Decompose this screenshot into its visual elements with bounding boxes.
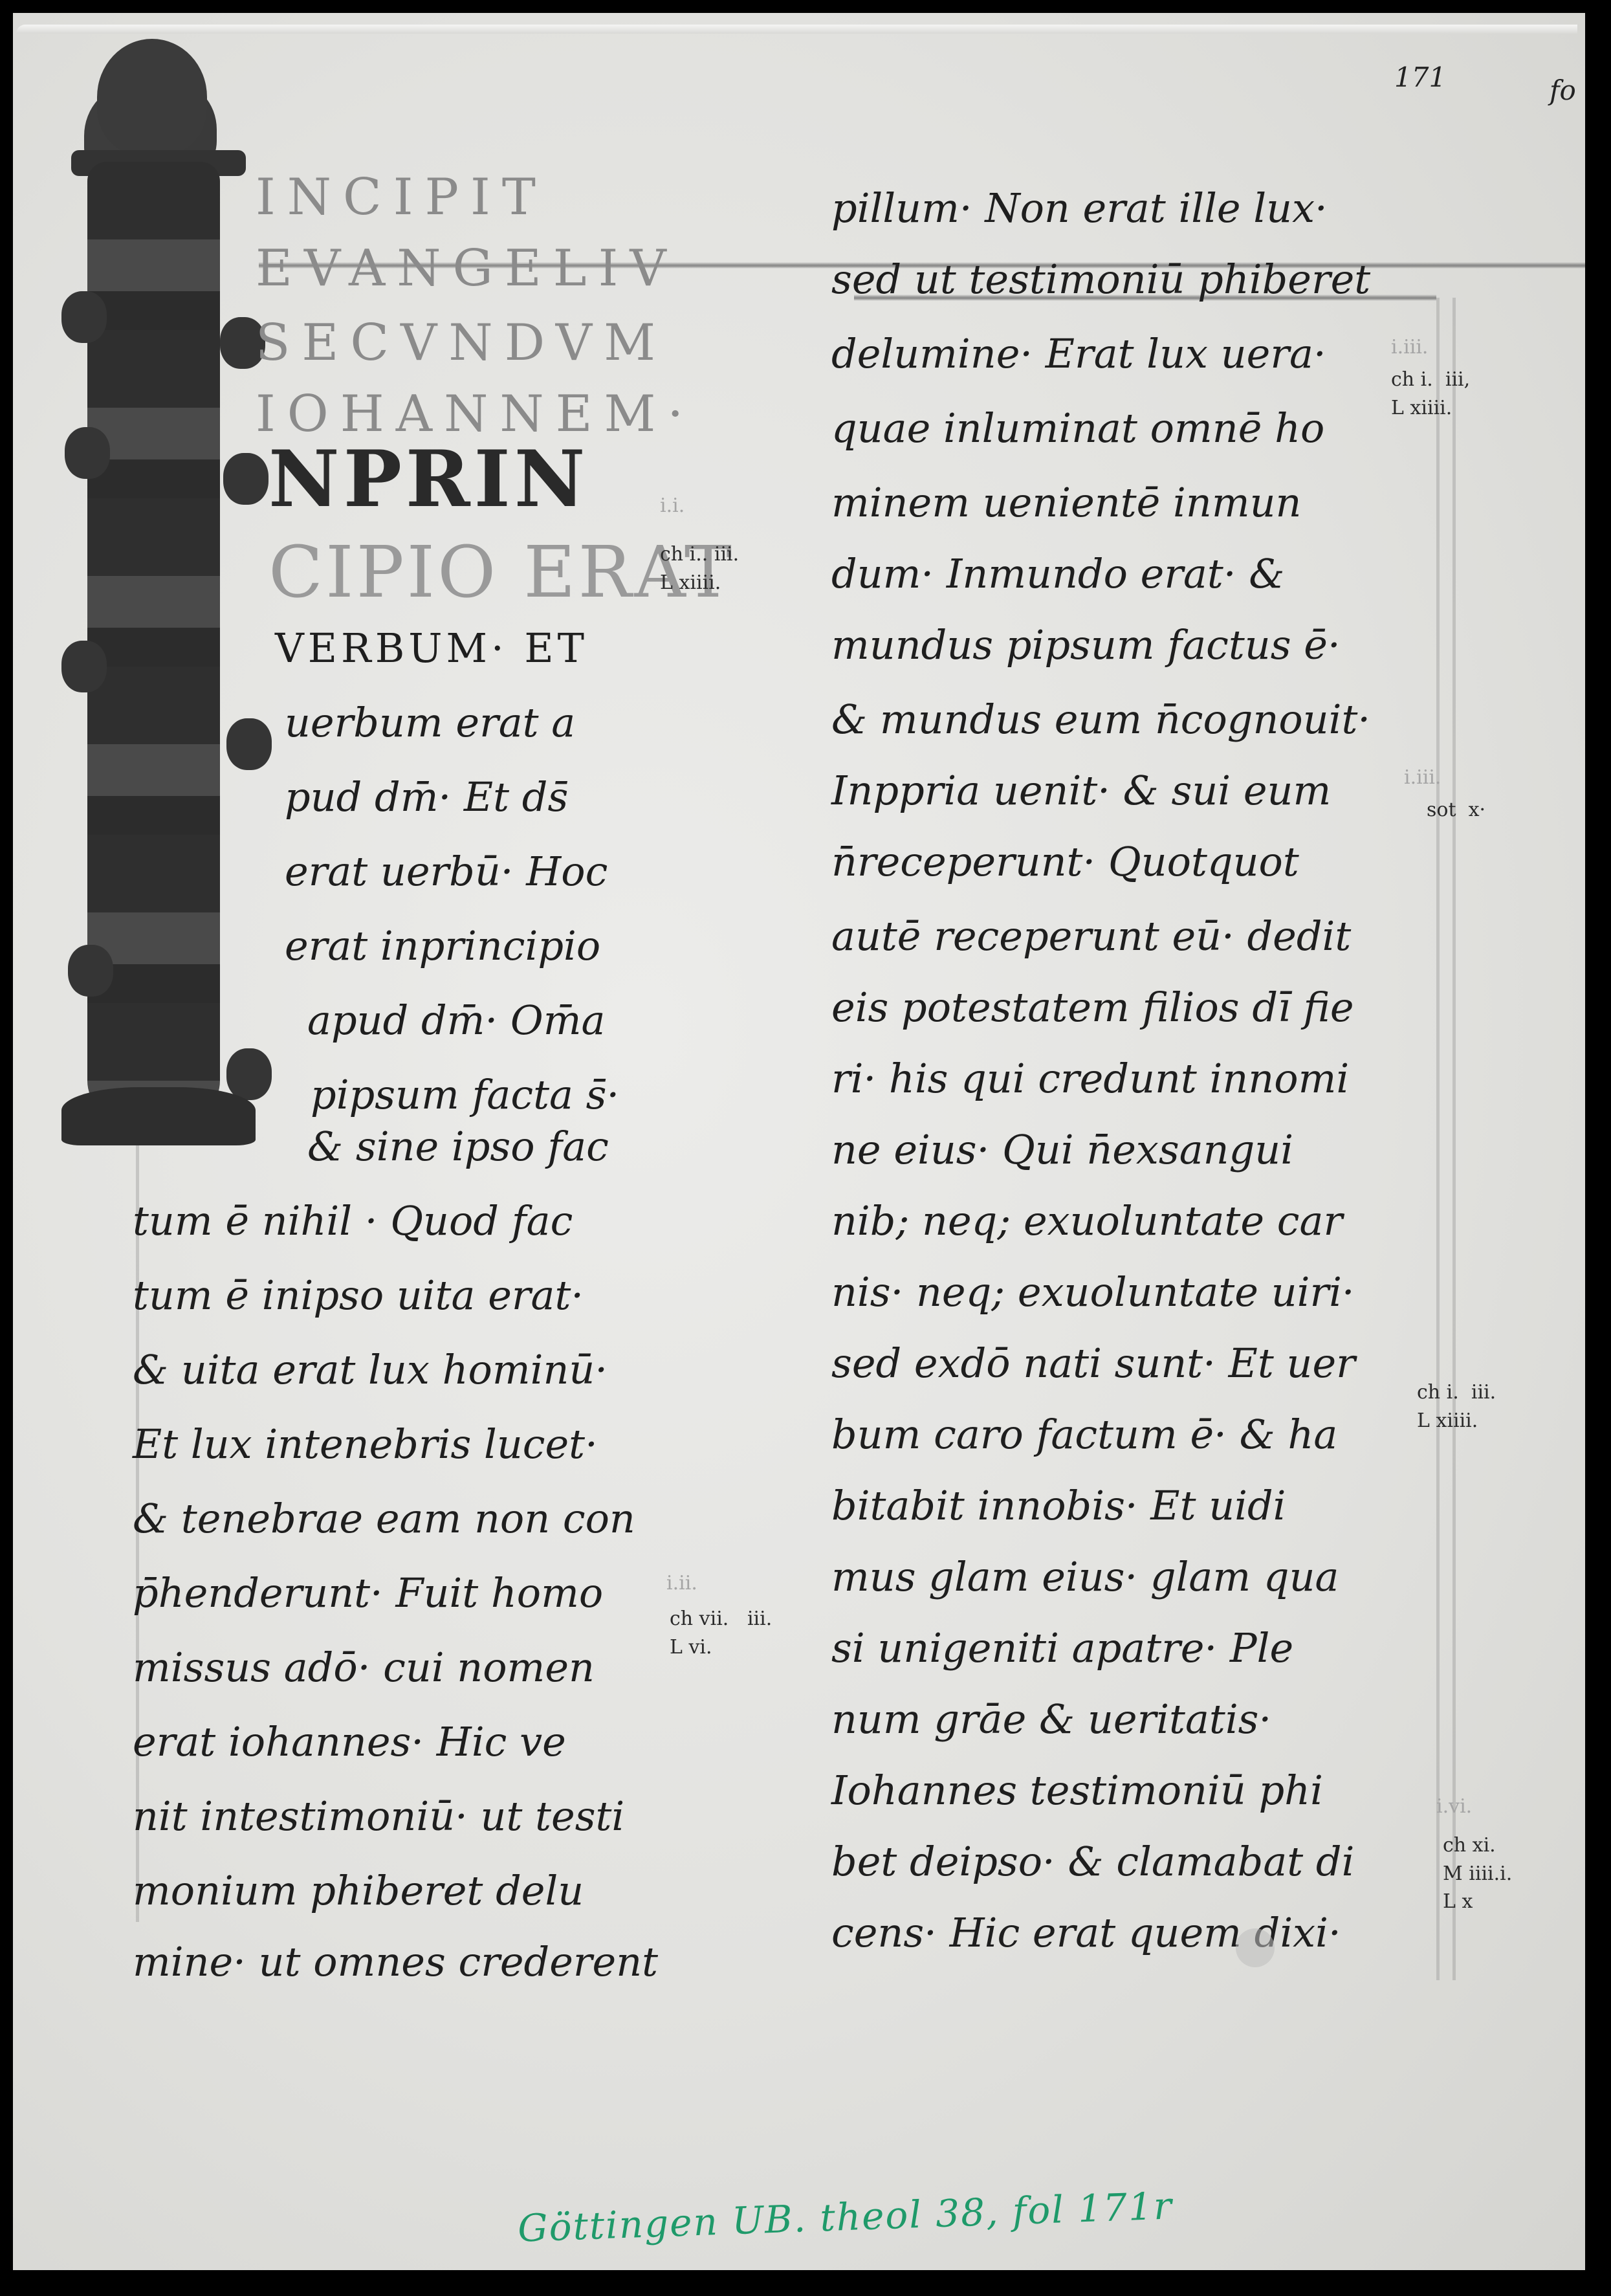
initial-leaf-ornament (226, 1048, 272, 1100)
marginal-gloss: ch i. iii. L xiiii. (1417, 1378, 1496, 1435)
initial-base (61, 1087, 256, 1145)
marginal-gloss: sot x· (1427, 796, 1485, 824)
text-line: erat uerbū· Hoc (285, 848, 608, 895)
text-line: erat inprincipio (285, 922, 600, 969)
initial-leaf-ornament (65, 427, 110, 479)
text-line: nis· neq; exuoluntate uiri· (831, 1268, 1355, 1316)
initial-leaf-ornament (68, 945, 113, 997)
text-line: sed ut testimoniū phiberet (831, 256, 1370, 303)
text-line: VERBUM· ET (275, 624, 588, 672)
text-line: sed exdō nati sunt· Et uer (831, 1340, 1355, 1387)
parchment-stain (1236, 1928, 1275, 1967)
text-line: erat iohannes· Hic ve (133, 1718, 566, 1765)
text-line: si unigeniti apatre· Ple (831, 1624, 1293, 1672)
heading-line: INCIPIT (256, 168, 547, 226)
marginal-gloss: i.iii. (1404, 764, 1441, 792)
text-line: & mundus eum n̄cognouit· (831, 696, 1370, 743)
text-line: minem uenientē inmun (831, 479, 1301, 526)
frame-ruling (1452, 298, 1456, 1980)
marginal-gloss: i.ii. (666, 1569, 697, 1598)
text-line: tum ē inipso uita erat· (133, 1272, 584, 1319)
text-line: tum ē nihil · Quod fac (133, 1197, 573, 1244)
text-line: bitabit innobis· Et uidi (831, 1482, 1286, 1529)
text-line: dum· Inmundo erat· & (831, 550, 1284, 597)
text-line: bet deipso· & clamabat di (831, 1838, 1354, 1885)
marginal-gloss: i.iii. (1391, 333, 1428, 362)
text-line: apud dm̄· Om̄a (307, 997, 605, 1044)
marginal-gloss: i.vi. (1436, 1793, 1472, 1821)
text-line: ri· his qui credunt innomi (831, 1055, 1349, 1102)
initial-leaf-ornament (61, 291, 107, 343)
folio-number: 171 (1394, 61, 1446, 93)
text-line: nit intestimoniū· ut testi (133, 1793, 624, 1840)
initial-leaf-ornament (223, 453, 268, 505)
text-line: & tenebrae eam non con (133, 1495, 635, 1542)
text-line: Inppria uenit· & sui eum (831, 767, 1331, 814)
marginal-gloss: i.i. (660, 492, 685, 520)
heading-line: EVANGELIV (256, 239, 678, 298)
page-top-edge (16, 25, 1577, 34)
text-line: missus adō· cui nomen (133, 1644, 595, 1691)
illuminated-initial-i (71, 39, 265, 1152)
heading-line: SECVNDVM (256, 314, 667, 372)
marginal-gloss: ch i. iii, L xiiii. (1391, 366, 1470, 422)
text-line: delumine· Erat lux uera· (831, 330, 1326, 377)
frame-ruling (1436, 298, 1440, 1980)
marginal-gloss: ch i.. iii. L xiiii. (660, 540, 739, 597)
text-line: p̄henderunt· Fuit homo (133, 1569, 603, 1617)
marginal-gloss: ch vii. iii. L vi. (670, 1605, 772, 1661)
text-line: uerbum erat a (285, 699, 575, 746)
shelfmark-annotation: Göttingen UB. theol 38, fol 171r (517, 2183, 1174, 2250)
text-line: Et lux intenebris lucet· (133, 1420, 598, 1468)
manuscript-page: 171 fo INCIPIT EVANGELIV SECVNDVM IOHANN… (13, 13, 1585, 2270)
text-line: n̄receperunt· Quotquot (831, 838, 1299, 885)
text-line: ne eius· Qui n̄exsangui (831, 1126, 1293, 1173)
text-line: & uita erat lux hominū· (133, 1346, 608, 1393)
text-line: pud dm̄· Et ds̄ (285, 773, 568, 821)
text-line: eis potestatem filios dī fie (831, 984, 1354, 1031)
text-line: pipsum facta s̄· (311, 1071, 619, 1118)
text-line: pillum· Non erat ille lux· (831, 184, 1328, 232)
marginal-gloss: ch xi. M iiii.i. L x (1443, 1831, 1512, 1916)
text-line: num grāe & ueritatis· (831, 1695, 1271, 1743)
text-line: Iohannes testimoniū phi (831, 1767, 1323, 1814)
text-line: & sine ipso fac (307, 1123, 609, 1170)
folio-mark: fo (1550, 74, 1576, 106)
initial-leaf-ornament (61, 641, 107, 692)
text-line: mundus pipsum factus ē· (831, 621, 1341, 668)
text-line: quae inluminat omnē ho (831, 404, 1324, 452)
incipit-display-line: NPRIN (268, 434, 589, 525)
text-line: mine· ut omnes crederent (133, 1938, 658, 1985)
text-line: mus glam eius· glam qua (831, 1553, 1339, 1600)
initial-crown-ornament (97, 39, 207, 155)
text-line: monium phiberet delu (133, 1867, 584, 1914)
text-line: bum caro factum ē· & ha (831, 1411, 1337, 1458)
text-line: autē receperunt eū· dedit (831, 912, 1351, 960)
initial-leaf-ornament (226, 718, 272, 770)
text-line: nib; neq; exuoluntate car (831, 1197, 1342, 1244)
